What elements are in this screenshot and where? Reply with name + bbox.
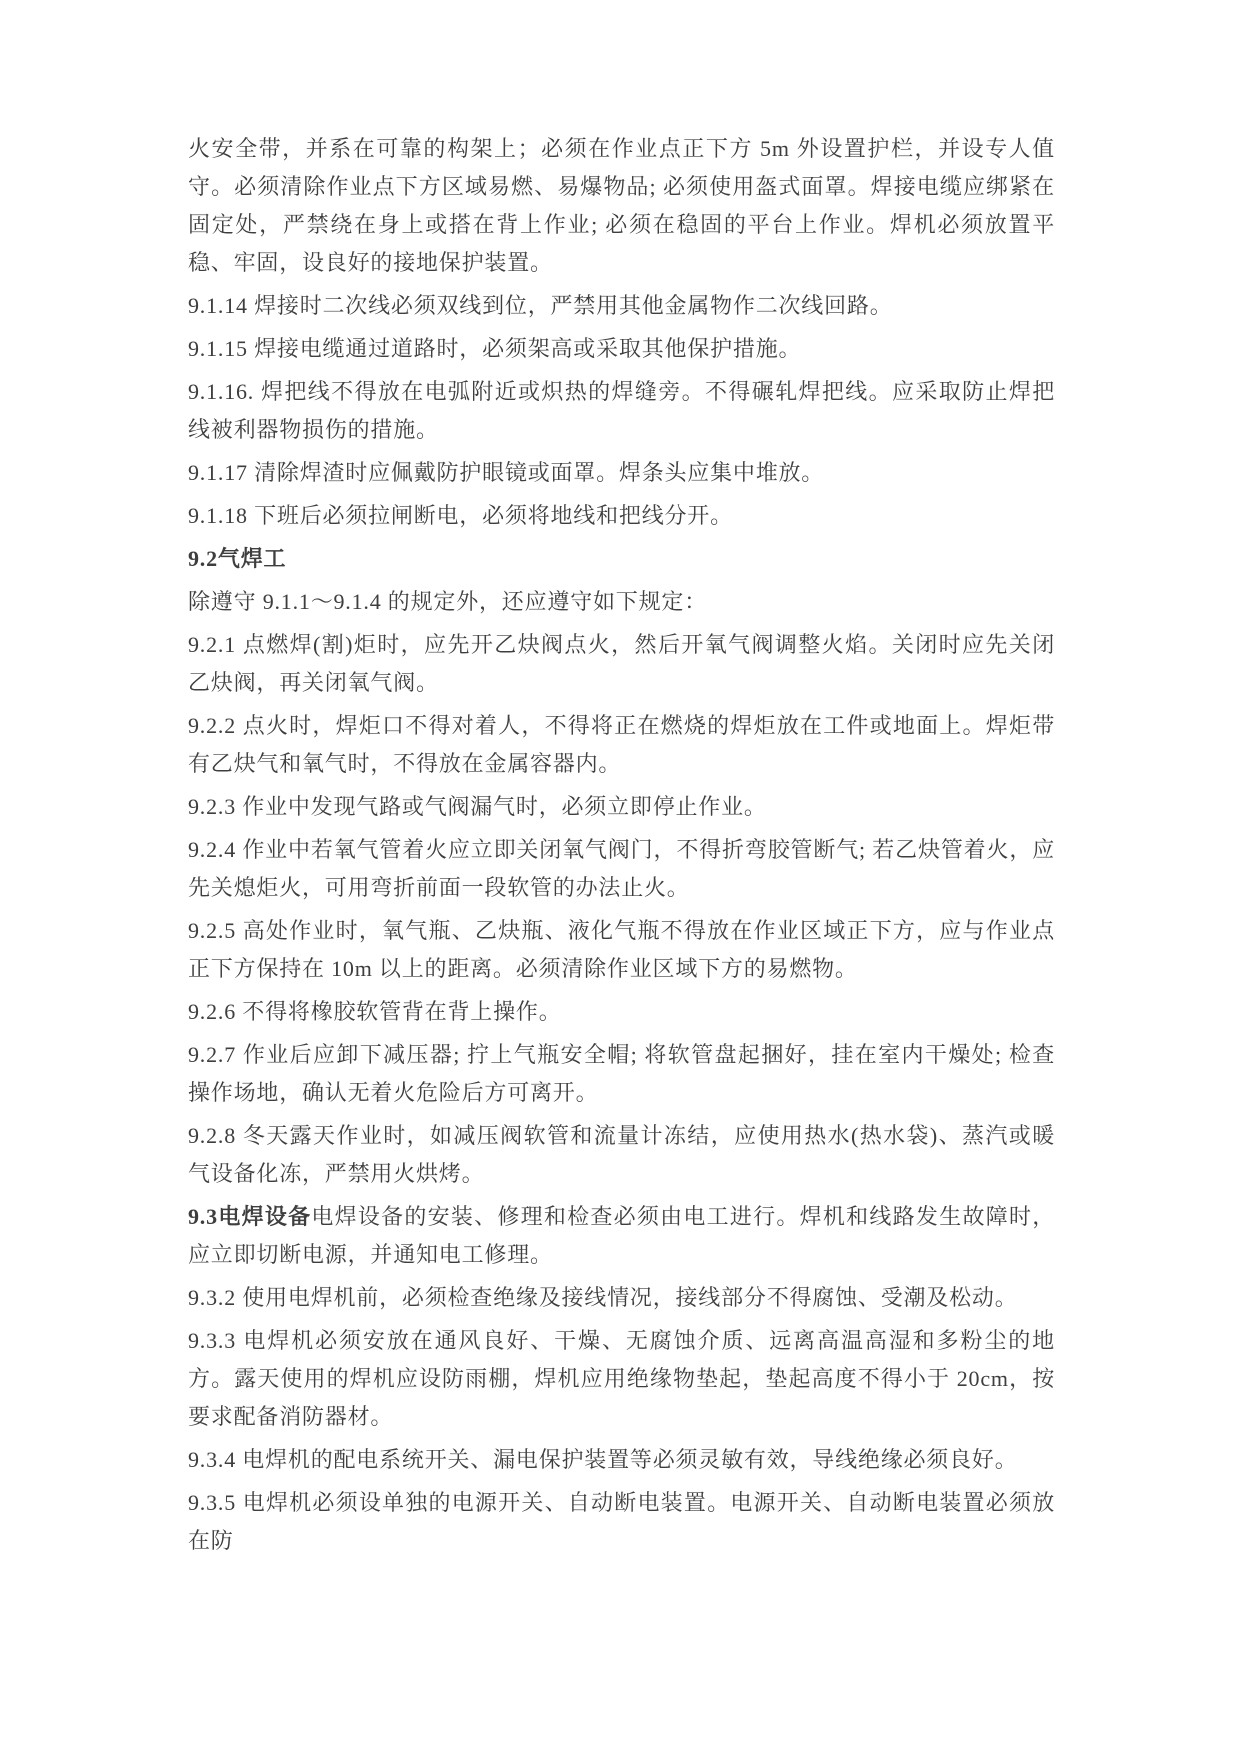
rule-9-2-3: 9.2.3 作业中发现气路或气阀漏气时，必须立即停止作业。	[188, 788, 1055, 826]
rule-9-3-4: 9.3.4 电焊机的配电系统开关、漏电保护装置等必须灵敏有效，导线绝缘必须良好。	[188, 1441, 1055, 1479]
rule-9-2-1: 9.2.1 点燃焊(割)炬时，应先开乙炔阀点火，然后开氧气阀调整火焰。关闭时应先…	[188, 626, 1055, 702]
rule-9-3-5: 9.3.5 电焊机必须设单独的电源开关、自动断电装置。电源开关、自动断电装置必须…	[188, 1484, 1055, 1560]
rule-9-2-7: 9.2.7 作业后应卸下减压器; 拧上气瓶安全帽; 将软管盘起捆好，挂在室内干燥…	[188, 1036, 1055, 1112]
rule-9-2-4: 9.2.4 作业中若氧气管着火应立即关闭氧气阀门，不得折弯胶管断气; 若乙炔管着…	[188, 831, 1055, 907]
rule-9-1-13-continuation: 火安全带，并系在可靠的构架上；必须在作业点正下方 5m 外设置护栏，并设专人值守…	[188, 130, 1055, 282]
rule-9-3-2: 9.3.2 使用电焊机前，必须检查绝缘及接线情况，接线部分不得腐蚀、受潮及松动。	[188, 1279, 1055, 1317]
document-page: 火安全带，并系在可靠的构架上；必须在作业点正下方 5m 外设置护栏，并设专人值守…	[0, 0, 1241, 1754]
rule-9-1-15: 9.1.15 焊接电缆通过道路时，必须架高或采取其他保护措施。	[188, 330, 1055, 368]
rule-9-3-3: 9.3.3 电焊机必须安放在通风良好、干燥、无腐蚀介质、远离高温高湿和多粉尘的地…	[188, 1322, 1055, 1436]
rule-9-1-17: 9.1.17 清除焊渣时应佩戴防护眼镜或面罩。焊条头应集中堆放。	[188, 454, 1055, 492]
rule-9-2-8: 9.2.8 冬天露天作业时，如减压阀软管和流量计冻结，应使用热水(热水袋)、蒸汽…	[188, 1117, 1055, 1193]
section-9-2-intro: 除遵守 9.1.1～9.1.4 的规定外，还应遵守如下规定：	[188, 583, 1055, 621]
section-9-3-lead-bold-title: 9.3电焊设备	[188, 1204, 311, 1229]
rule-9-1-14: 9.1.14 焊接时二次线必须双线到位，严禁用其他金属物作二次线回路。	[188, 287, 1055, 325]
document-text-body: 火安全带，并系在可靠的构架上；必须在作业点正下方 5m 外设置护栏，并设专人值守…	[188, 130, 1055, 1560]
rule-9-1-16: 9.1.16. 焊把线不得放在电弧附近或炽热的焊缝旁。不得碾轧焊把线。应采取防止…	[188, 373, 1055, 449]
rule-9-1-18: 9.1.18 下班后必须拉闸断电，必须将地线和把线分开。	[188, 497, 1055, 535]
rule-9-2-5: 9.2.5 高处作业时，氧气瓶、乙炔瓶、液化气瓶不得放在作业区域正下方，应与作业…	[188, 912, 1055, 988]
rule-9-2-2: 9.2.2 点火时，焊炬口不得对着人，不得将正在燃烧的焊炬放在工件或地面上。焊炬…	[188, 707, 1055, 783]
rule-9-2-6: 9.2.6 不得将橡胶软管背在背上操作。	[188, 993, 1055, 1031]
section-9-2-heading: 9.2气焊工	[188, 540, 1055, 578]
section-9-3-lead: 9.3电焊设备电焊设备的安装、修理和检查必须由电工进行。焊机和线路发生故障时，应…	[188, 1198, 1055, 1274]
